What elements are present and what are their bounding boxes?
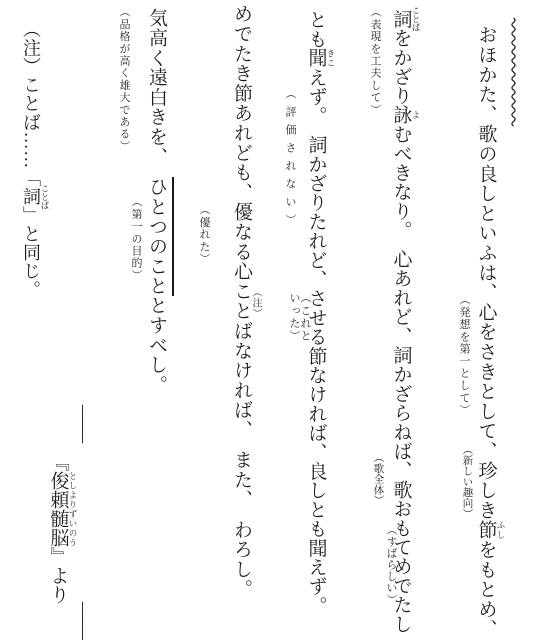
attribution-dash-bottom: ―― [74,602,93,640]
ruby-base-fushi: 節 [476,520,497,540]
attribution: 『俊頼髄脳としよりずいのう』より [40,452,78,604]
emphasized-phrase: ひとつのこと [146,177,174,296]
furigana-kotoba: ことば [411,6,421,32]
ruby-kiko: 聞きこ [306,48,327,67]
ruby-footnote-kotoba: 詞ことば [21,187,41,206]
furigana-fushi: ふし [496,520,506,540]
gloss-hassou: （発想を第一として） [458,294,469,416]
gloss-daiichi-no-mokuteki: （第一の目的） [130,196,141,281]
ruby-base-kiko: 聞 [306,48,327,67]
column-5-text-a: 気高く遠白きを、 [146,8,167,177]
footnote-text-b: 」と同じ。 [21,206,41,299]
ruby-fushi: 節ふし [476,520,497,540]
ruby-yo: 詠よ [391,105,412,124]
attribution-title: 俊頼髄脳 [48,471,69,547]
column-1-text-a: 歌の良しといふは、心をさきとして、珍しき [476,124,497,520]
furigana-yo: よ [411,105,421,124]
gloss-atarashii-shukou: （新しい趣向） [461,444,472,519]
gloss-sugureta: （優れた） [198,204,209,265]
attribution-open-bracket: 『 [48,452,69,471]
text-column-1: おほかた、歌の良しといふは、心をさきとして、珍しき節ふしをもとめ、 [468,6,506,639]
attribution-dash-top: ―― [74,405,93,443]
ruby-toshiyori: 俊頼髄脳としよりずいのう [48,471,69,547]
furigana-toshiyorizuinou: としよりずいのう [68,471,78,547]
footnote-text-a: （注）ことば……「 [21,20,41,187]
phrase-ohokata: おほかた、 [476,25,497,124]
ruby-kotoba: 詞ことば [391,6,412,28]
gloss-uta-zentai: （歌全体） [372,452,383,506]
gloss-subarashii: （すばらしい） [385,524,396,605]
ruby-base-yo: 詠 [391,105,412,124]
column-4-text: めでたき節あれども、優なる心ことばなければ、 また、 わろし。 [231,4,252,599]
furigana-footnote-kotoba: ことば [40,184,50,210]
furigana-kiko: きこ [326,48,336,67]
gloss-hyougen: （表現を工夫して） [369,6,380,116]
column-5-text-b: とすべし。 [146,296,167,395]
wavy-emphasis-line [508,16,519,130]
gloss-hinkaku: （品格が高く雄大である） [118,6,129,152]
column-1-text-b: をもとめ、 [476,540,497,639]
gloss-koreto-itta: （これといった） [288,292,310,348]
text-column-4: めでたき節あれども、優なる心ことばなければ、 また、 わろし。 [213,4,251,599]
attribution-suffix: 』より [48,547,69,604]
column-2-text-a: をかざり [391,28,412,105]
footnote: （注）ことば……「詞ことば」と同じ。 [12,20,50,299]
column-3-text-a: とも [306,10,327,48]
note-reference-marker: （注） [250,287,260,319]
gloss-hyouka-sarenai: （評価されない） [284,88,295,232]
textbook-page: おほかた、歌の良しといふは、心をさきとして、珍しき節ふしをもとめ、 詞ことばをか… [0,0,540,640]
